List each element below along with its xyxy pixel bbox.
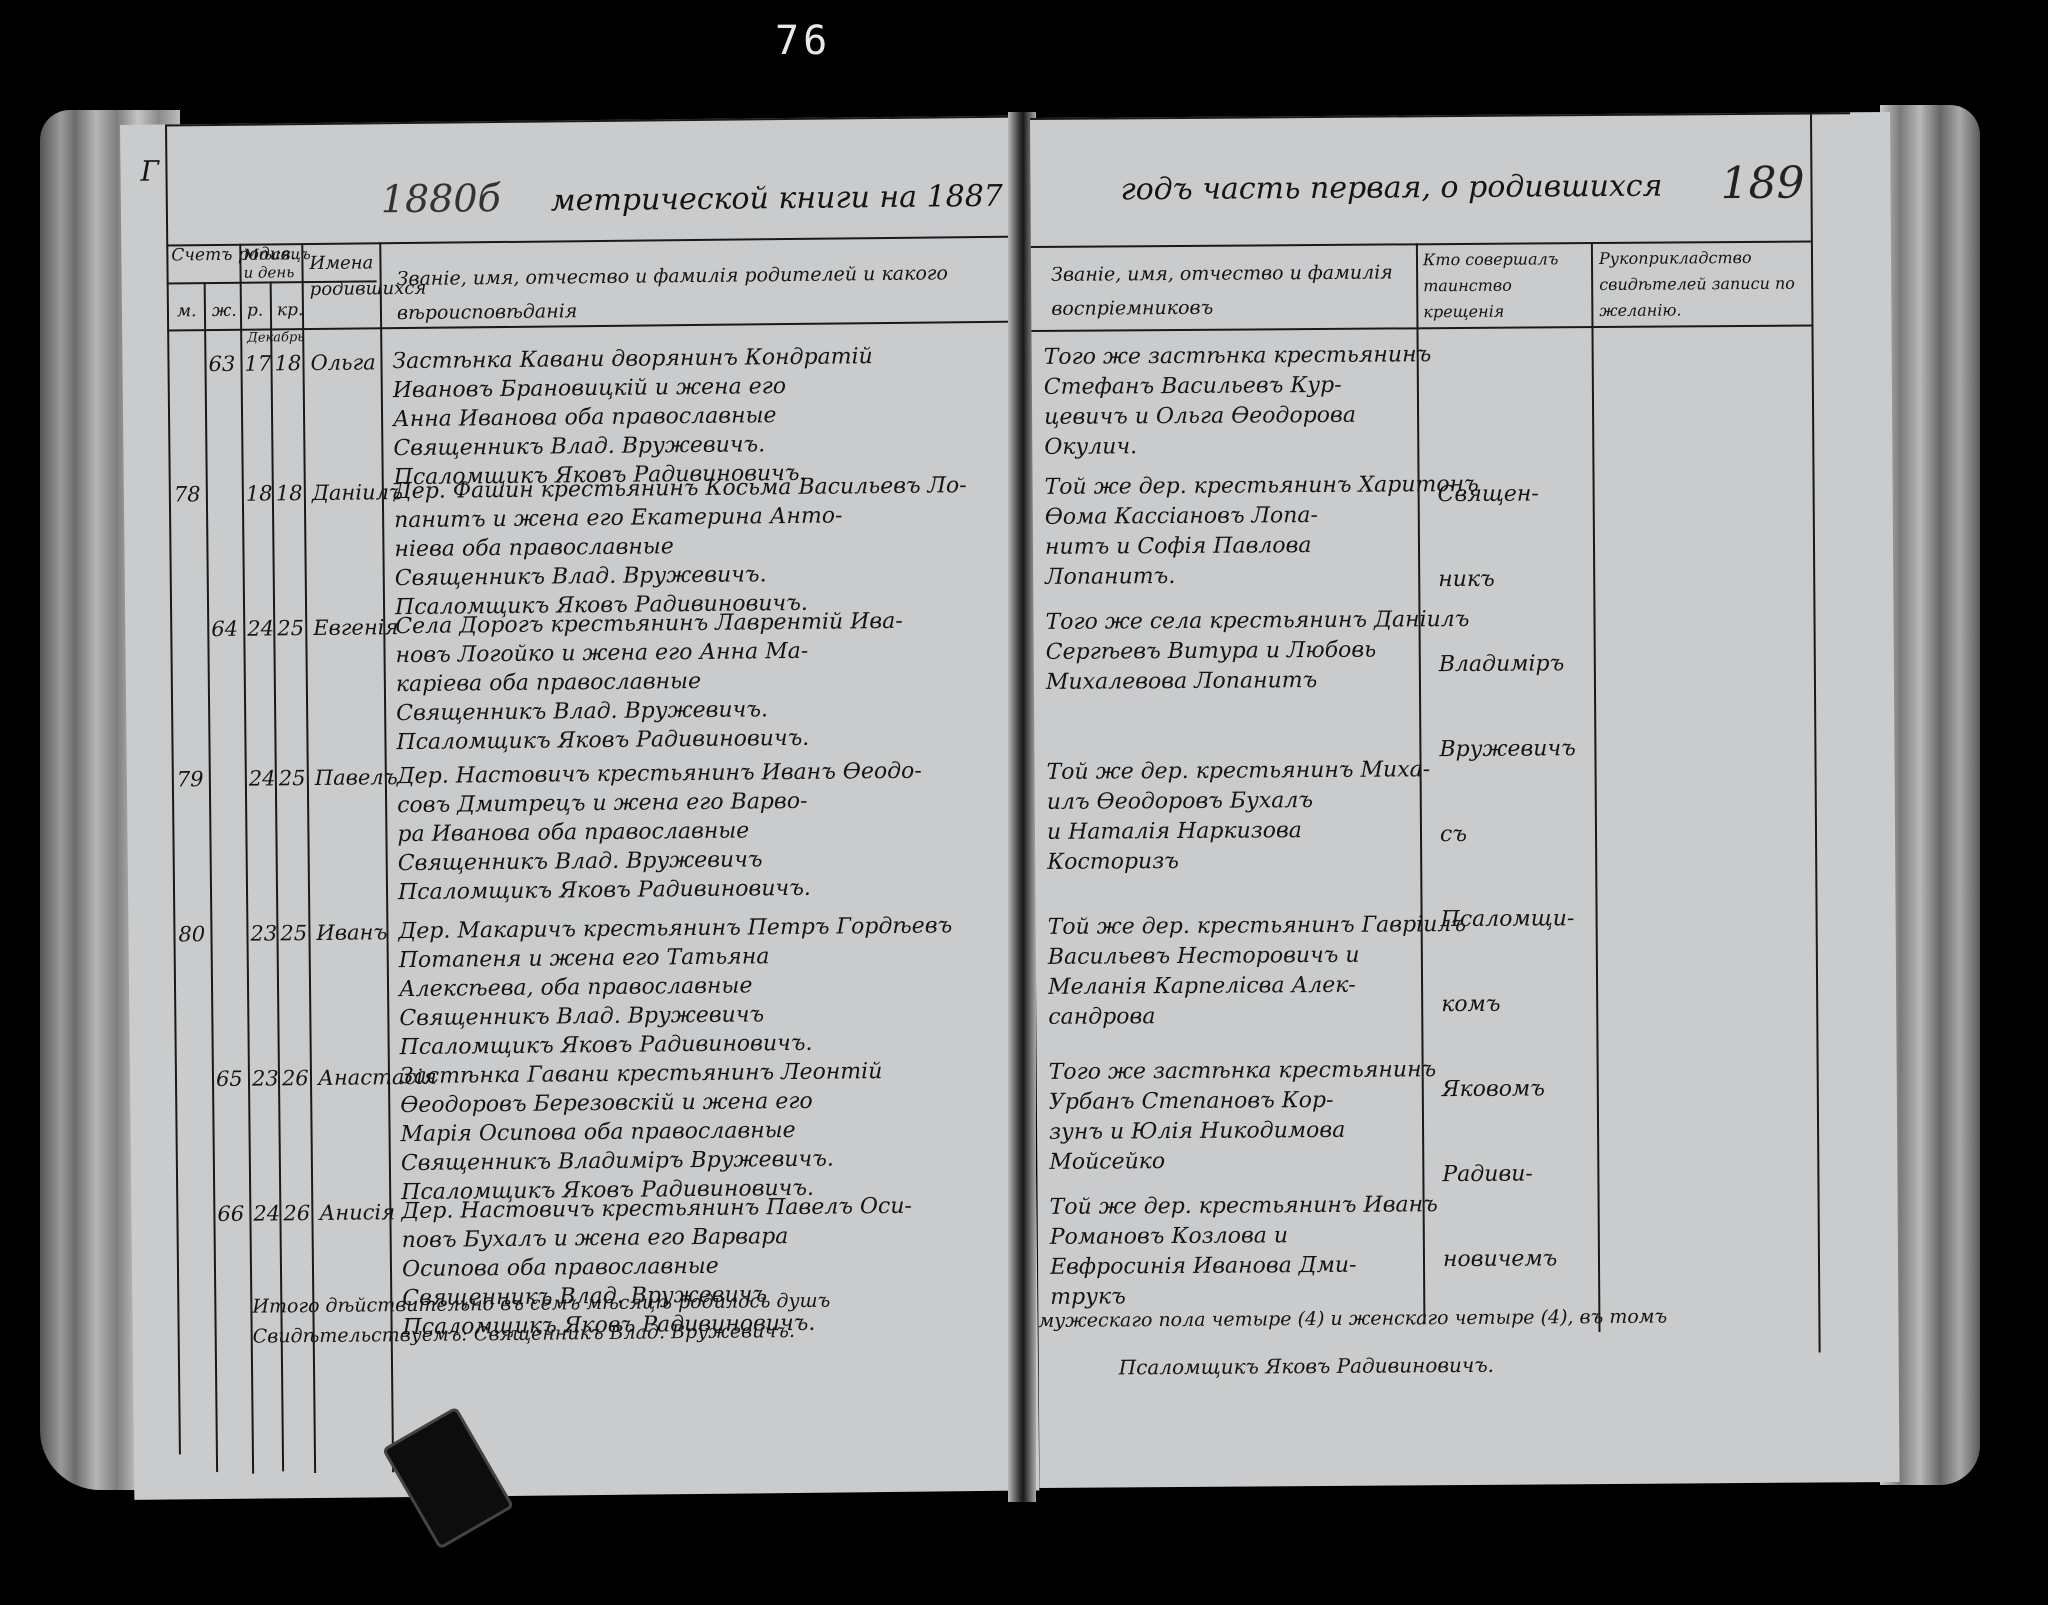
entry-born-day: 24 [253,1198,280,1229]
entry-parents-line: Дер. Настовичъ крестьянинъ Павелъ Оси- [401,1192,912,1227]
performed-by-word: Радиви- [1442,1160,1533,1191]
entry-child-name: Ольга [310,347,375,379]
entry-parents-line: Застѣнка Кавани дворянинъ Кондратій [392,342,873,377]
entry-baptized-day: 26 [282,1063,309,1094]
header-names: Имена родившихся [309,250,378,303]
entry-godparents-line: Евфросинія Иванова Дми- [1050,1251,1357,1283]
header-parents: Званіе, имя, отчество и фамилія родителе… [396,256,1007,330]
entry-parents-line: Дер. Настовичъ крестьянинъ Иванъ Ѳеодо- [397,757,922,792]
entry-born-day: 24 [249,763,276,794]
entry-born-day: 17 [244,348,271,379]
header-godparents: Званіе, имя, отчество и фамилія воспріем… [1051,255,1401,325]
entry-baptized-day: 25 [279,763,306,794]
entry-number-f: 65 [216,1064,243,1095]
header-f: ж. [212,294,237,328]
entry-parents-line: Дер. Макаричъ крестьянинъ Петръ Гордѣевъ [398,911,952,947]
closing-tally-line: мужескаго пола четыре (4) и женскаго чет… [1038,1302,1667,1336]
entry-parents-line: Дер. Фашин крестьянинъ Косьма Васильевъ … [394,471,967,507]
entry-parents-line: Осипова оба православные [402,1252,719,1285]
entry-godparents-line: сандрова [1048,1002,1155,1033]
entry-baptized-day: 25 [280,918,307,949]
entry-parents-line: новъ Логойко и жена его Анна Ма- [395,637,808,671]
performed-by-word: Яковомъ [1442,1074,1545,1105]
left-page: Г 1880бметрической книги на 1887 Счетъ р… [120,116,1039,1500]
entry-godparents-line: зунъ и Юлія Никодимова [1049,1116,1345,1148]
entry-godparents-line: илъ Ѳеодоровъ Бухалъ [1047,786,1313,818]
performed-by-word: Священ- [1438,479,1539,510]
entry-number-m: 79 [177,764,204,795]
entry-godparents-line: Той же дер. крестьянинъ Харитонъ [1044,470,1478,503]
entry-baptized-day: 18 [274,348,301,379]
performed-by-word: комъ [1441,990,1501,1020]
entry-parents-line: панитъ и жена его Екатерина Анто- [394,501,843,536]
entry-parents-line: Псаломщикъ Яковъ Радивиновичъ. [396,724,809,758]
entry-parents-line: повъ Бухалъ и жена его Варвара [402,1222,789,1256]
entry-number-m: 80 [178,919,205,950]
entry-parents-line: Псаломщикъ Яковъ Радивиновичъ. [398,874,811,908]
entry-godparents-line: Романовъ Козлова и [1050,1221,1288,1253]
entry-child-name: Евгенія [313,612,398,644]
entry-born-day: 18 [246,478,273,509]
month-label: Декабрь [247,330,304,346]
header-baptized: кр. [277,293,304,327]
entry-godparents-line: Того же застѣнка крестьянинъ [1044,340,1432,373]
entry-baptized-day: 25 [277,613,304,644]
entry-born-day: 24 [247,613,274,644]
archive-stamp: 76 [775,18,831,64]
entry-godparents-line: Ѳома Кассіановъ Лопа- [1045,501,1318,533]
entry-parents-line: каріева оба православные [396,667,701,700]
entry-godparents-line: цевичъ и Ольга Ѳеодорова [1044,401,1356,433]
header-m: м. [177,294,197,328]
entry-godparents-line: Косторизъ [1047,847,1179,878]
year-note: 1880б [381,176,501,221]
entry-godparents-line: Меланія Карпелісва Алек- [1048,971,1356,1003]
entry-number-f: 64 [211,614,238,645]
entry-godparents-line: Урбанъ Степановъ Кор- [1049,1086,1334,1118]
entry-godparents-line: Михалевова Лопанитъ [1046,666,1317,698]
closing-line-2: Свидѣтельствуемъ: Священникъ Влад. Вруже… [253,1316,796,1352]
entry-child-name: Павелъ [315,762,398,794]
entry-godparents-line: нитъ и Софія Павлова [1045,531,1312,563]
entry-godparents-line: и Наталія Наркизова [1047,816,1302,848]
entry-number-f: 63 [208,349,235,380]
entry-godparents-line: Той же дер. крестьянинъ Миха- [1046,755,1430,788]
performed-by-word: новичемъ [1443,1244,1558,1275]
performed-by-word: съ [1440,820,1467,850]
entry-godparents-line: Той же дер. крестьянинъ Гавріилъ [1048,910,1467,943]
entry-godparents-line: Той же дер. крестьянинъ Иванъ [1050,1190,1438,1223]
entry-number-m: 78 [174,479,201,510]
entry-godparents-line: Васильевъ Несторовичъ и [1048,941,1360,973]
entry-godparents-line: Того же застѣнка крестьянинъ [1049,1055,1437,1088]
closing-signature: Псаломщикъ Яковъ Радивиновичъ. [1119,1350,1494,1383]
performed-by-word: Псаломщи- [1441,904,1575,935]
entry-godparents-line: Мойсейко [1049,1147,1165,1178]
entry-parents-line: Села Дорогъ крестьянинъ Лаврентій Ива- [395,607,903,642]
corner-mark: Г [140,155,159,188]
performed-by-word: Вружевичъ [1439,734,1576,765]
entry-number-f: 66 [217,1199,244,1230]
entry-baptized-day: 18 [276,478,303,509]
entry-child-name: Даніилъ [312,477,403,509]
entry-baptized-day: 26 [283,1198,310,1229]
entry-godparents-line: Лопанитъ. [1045,562,1175,593]
folio-number: 189 [1720,158,1804,210]
entry-child-name: Иванъ [316,917,387,949]
page-title-left: 1880бметрической книги на 1887 [381,171,1004,222]
right-page: годъ часть первая, о родившихся 189 Зван… [1030,112,1900,1488]
entry-godparents-line: Сергѣевъ Витура и Любовь [1046,636,1377,668]
performed-by-word: Владиміръ [1439,649,1565,680]
header-month-day: Мѣсяцъ и день [243,245,298,282]
entry-godparents-line: Стефанъ Васильевъ Кур- [1044,371,1342,403]
performed-by-word: никъ [1438,565,1495,595]
entry-godparents-line: Того же села крестьянинъ Даніилъ [1045,605,1469,638]
header-performed-by: Кто совершалъ таинство крещенія [1423,246,1589,325]
entry-born-day: 23 [252,1063,279,1094]
page-title-right: годъ часть первая, о родившихся [1120,169,1662,208]
header-signatures: Рукоприкладство свидѣтелей записи по жел… [1599,245,1805,324]
entry-child-name: Анисія [319,1197,395,1229]
header-born: р. [247,294,264,328]
register-title: метрической книги на 1887 [551,179,1004,219]
entry-parents-line: ніева оба православные [394,532,674,565]
entry-godparents-line: Окулич. [1044,432,1137,463]
entry-born-day: 23 [250,918,277,949]
